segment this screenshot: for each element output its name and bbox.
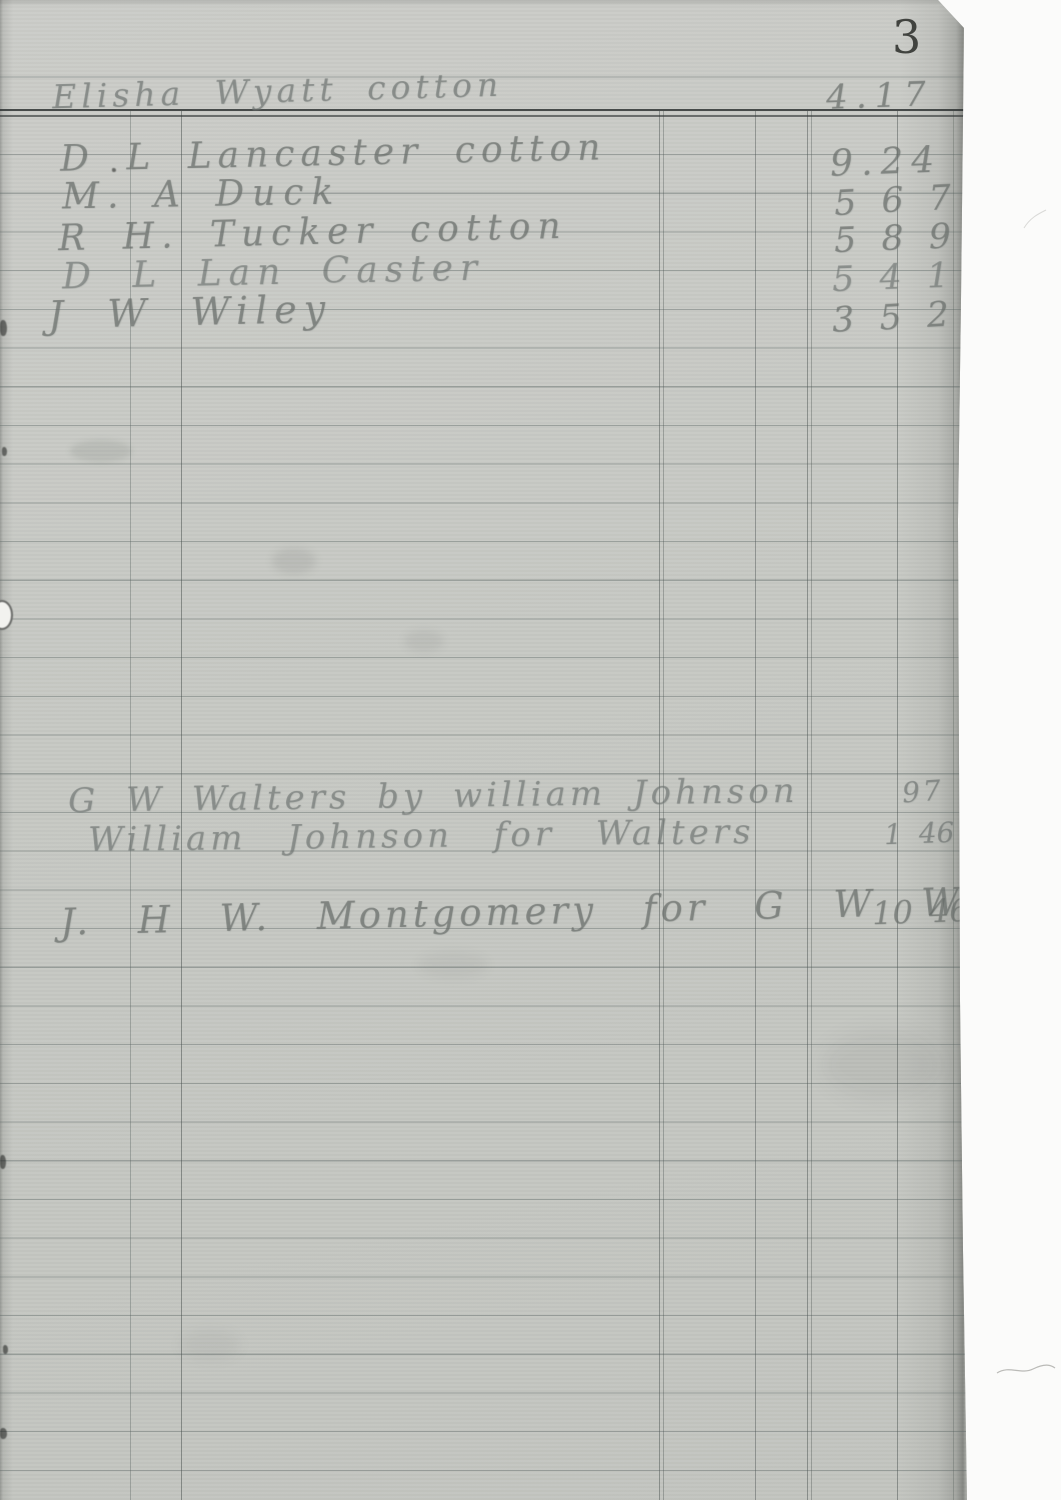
entry-amount-duck: 5 6 7 [833, 181, 952, 222]
ledger-paper-sheet: 3 Elisha Wyatt cotton 4.17 D L Lancaster… [0, 0, 1061, 1500]
edge-speck [2, 447, 7, 456]
entry-amount-lancaster: 5 4 1 [831, 259, 949, 298]
amount-column-line-2 [807, 111, 808, 1500]
page-number: 3 [892, 10, 921, 64]
edge-speck [0, 320, 7, 336]
entry-amount-johnson-for-walters: 1 46 [884, 819, 955, 849]
entry-amount-elisha-wyatt: 4.17 [825, 77, 934, 115]
scanned-ledger-page: 3 Elisha Wyatt cotton 4.17 D L Lancaster… [0, 0, 1061, 1500]
entry-amount-tucker-cotton: 5 8 9 [833, 220, 951, 259]
entry-name-wiley: J W Wiley [48, 290, 333, 334]
next-page-edge-squiggle [995, 1355, 1057, 1385]
entry-name-johnson-for-walters: William Johnson for Walters [88, 815, 755, 857]
entry-name-duck: M. A Duck [62, 175, 342, 216]
entry-amount-montgomery-for-walters: 10 46 [871, 894, 970, 929]
edge-speck [0, 1155, 6, 1169]
edge-speck [0, 1428, 7, 1439]
entry-name-walters-by-johnson: G W Walters by william Johnson [68, 774, 799, 818]
edge-speck [3, 1345, 8, 1354]
right-edge-column-line [953, 111, 954, 1500]
entry-amount-walters-by-johnson: 97 [901, 777, 944, 808]
margin-scratch [1022, 208, 1048, 230]
entry-amount-lancaster-cotton: 9.24 [829, 143, 942, 183]
entry-amount-wiley: 3 5 2 [831, 298, 950, 339]
amount-column-line-2-double [811, 111, 812, 1500]
heavy-divider-line-lower [0, 115, 969, 117]
ink-speck [112, 168, 116, 172]
